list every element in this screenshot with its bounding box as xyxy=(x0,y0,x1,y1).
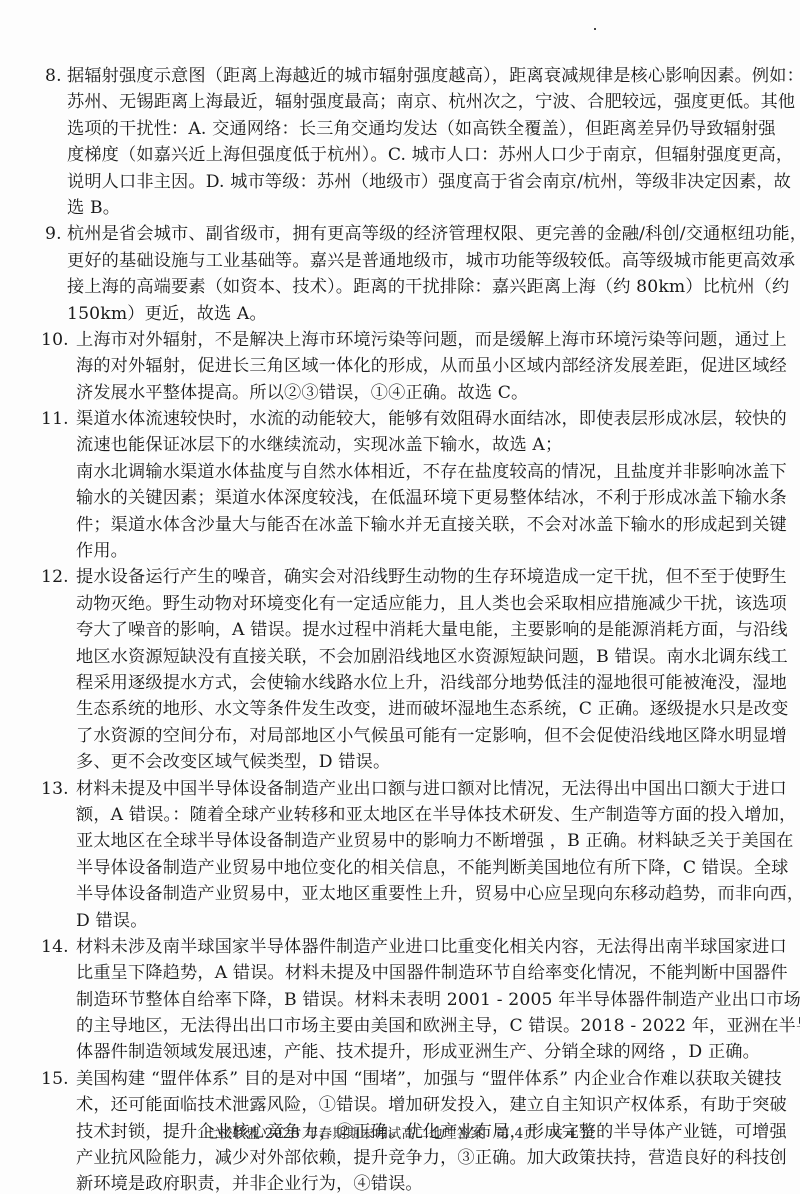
answer-number: 12. xyxy=(41,564,69,590)
answer-text-line: 多、更不会改变区域气候类型，D 错误。 xyxy=(76,749,749,775)
answer-list: 8.据辐射强度示意图（距离上海越近的城市辐射强度越高），距离衰减规律是核心影响因… xyxy=(0,63,800,1194)
answer-text-line: 了水资源的空间分布，对局部地区小气候虽可能有一定影响，但不会促使沿线地区降水明显… xyxy=(76,723,749,749)
answer-number: 15. xyxy=(41,1066,69,1092)
answer-text-line: 新环境是政府职责，并非企业行为，④错误。 xyxy=(76,1171,749,1194)
footer-total-pages: 共 4 页 xyxy=(549,1126,595,1142)
page-footer: 七校联盟 2025 年春期期末考试高二地理答案第 4页共 4 页 xyxy=(0,1122,800,1142)
answer-text-line: 半导体设备制造产业贸易中，亚太地区重要性上升，贸易中心应呈现向东移动趋势，而非向… xyxy=(76,881,749,907)
answer-item-8: 8.据辐射强度示意图（距离上海越近的城市辐射强度越高），距离衰减规律是核心影响因… xyxy=(0,63,800,221)
answer-text-line: 比重呈下降趋势，A 错误。材料未提及中国器件制造环节自给率变化情况，不能判断中国… xyxy=(76,960,749,986)
answer-text-line: 体器件制造领域发展迅速，产能、技术提升，形成亚洲生产、分销全球的网络 ，D 正确… xyxy=(76,1039,749,1065)
answer-text-line: 美国构建 “盟伴体系” 目的是对中国 “围堵”，加强与 “盟伴体系” 内企业合作… xyxy=(76,1066,749,1092)
answer-text-line: 渠道水体流速较快时，水流的动能较大，能够有效阻碍水面结冰，即使表层形成冰层，较快… xyxy=(76,406,749,432)
answer-text-line: 夸大了噪音的影响，A 错误。提水过程中消耗大量电能，主要影响的是能源消耗方面，与… xyxy=(76,617,749,643)
answer-text-line: 半导体设备制造产业贸易中地位变化的相关信息，不能判断美国地位有所下降，C 错误。… xyxy=(76,855,749,881)
answer-item-10: 10.上海市对外辐射，不是解决上海市环境污染等问题，而是缓解上海市环境污染等问题… xyxy=(0,327,800,406)
answer-item-14: 14.材料未涉及南半球国家半导体器件制造产业进口比重变化相关内容，无法得出南半球… xyxy=(0,934,800,1066)
answer-text-line: 术，还可能面临技术泄露风险，①错误。增加研发投入，建立自主知识产权体系，有助于突… xyxy=(76,1092,749,1118)
scan-speck xyxy=(594,28,596,30)
answer-text-line: 上海市对外辐射，不是解决上海市环境污染等问题，而是缓解上海市环境污染等问题，通过… xyxy=(76,327,749,353)
answer-text-line: 额，A 错误。：随着全球产业转移和亚太地区在半导体技术研发、生产制造等方面的投入… xyxy=(76,802,749,828)
answer-text-line: 150km）更近，故选 A。 xyxy=(67,301,749,327)
answer-text-line: 选 B。 xyxy=(67,195,749,221)
answer-text-line: 产业抗风险能力，减少对外部依赖，提升竞争力，③正确。加大政策扶持，营造良好的科技… xyxy=(76,1145,749,1171)
answer-item-13: 13.材料未提及中国半导体设备制造产业出口额与进口额对比情况，无法得出中国出口额… xyxy=(0,776,800,934)
answer-number: 13. xyxy=(41,776,69,802)
answer-text-line: 制造环节整体自给率下降，B 错误。材料未表明 2001 - 2005 年半导体器… xyxy=(76,987,749,1013)
answer-text-line: 亚太地区在全球半导体设备制造产业贸易中的影响力不断增强 ，B 正确。材料缺乏关于… xyxy=(76,828,749,854)
answer-text-line: 材料未提及中国半导体设备制造产业出口额与进口额对比情况，无法得出中国出口额大于进… xyxy=(76,776,749,802)
answer-text-line: 流速也能保证冰层下的水继续流动，实现冰盖下输水，故选 A； xyxy=(76,432,749,458)
answer-text-line: 说明人口非主因。D. 城市等级：苏州（地级市）强度高于省会南京/杭州，等级非决定… xyxy=(67,169,749,195)
answer-text-line: 据辐射强度示意图（距离上海越近的城市辐射强度越高），距离衰减规律是核心影响因素。… xyxy=(67,63,749,89)
answer-sheet-page: 8.据辐射强度示意图（距离上海越近的城市辐射强度越高），距离衰减规律是核心影响因… xyxy=(0,0,800,1194)
answer-text-line: 济发展水平整体提高。所以②③错误，①④正确。故选 C。 xyxy=(76,380,749,406)
answer-text-line: 度梯度（如嘉兴近上海但强度低于杭州）。C. 城市人口：苏州人口少于南京，但辐射强… xyxy=(67,142,749,168)
answer-text-line: 苏州、无锡距离上海最近，辐射强度最高；南京、杭州次之，宁波、合肥较远，强度更低。… xyxy=(67,89,749,115)
answer-number: 9. xyxy=(45,221,62,247)
answer-number: 14. xyxy=(41,934,69,960)
answer-number: 11. xyxy=(41,406,69,432)
answer-text-line: 南水北调输水渠道水体盐度与自然水体相近，不存在盐度较高的情况，且盐度并非影响冰盖… xyxy=(76,459,749,485)
answer-text-line: 接上海的高端要素（如资本、技术）。距离的干扰排除：嘉兴距离上海（约 80km）比… xyxy=(67,274,749,300)
answer-number: 10. xyxy=(41,327,69,353)
answer-item-9: 9.杭州是省会城市、副省级市，拥有更高等级的经济管理权限、更完善的金融/科创/交… xyxy=(0,221,800,327)
answer-text-line: 更好的基础设施与工业基础等。嘉兴是普通地级市，城市功能等级较低。高等级城市能更高… xyxy=(67,248,749,274)
answer-text-line: 海的对外辐射，促进长三角区域一体化的形成，从而虽小区域内部经济发展差距，促进区域… xyxy=(76,353,749,379)
answer-text-line: 的主导地区，无法得出出口市场主要由美国和欧洲主导，C 错误。2018 - 202… xyxy=(76,1013,749,1039)
answer-text-line: 生态系统的地形、水文等条件发生改变，进而破坏湿地生态系统，C 正确。逐级提水只是… xyxy=(76,696,749,722)
answer-item-11: 11.渠道水体流速较快时，水流的动能较大，能够有效阻碍水面结冰，即使表层形成冰层… xyxy=(0,406,800,564)
answer-text-line: 杭州是省会城市、副省级市，拥有更高等级的经济管理权限、更完善的金融/科创/交通枢… xyxy=(67,221,749,247)
answer-item-12: 12.提水设备运行产生的噪音，确实会对沿线野生动物的生存环境造成一定干扰，但不至… xyxy=(0,564,800,775)
answer-text-line: 件；渠道水体含沙量大与能否在冰盖下输水并无直接关联，不会对冰盖下输水的形成起到关… xyxy=(76,512,749,538)
footer-title: 七校联盟 2025 年春期期末考试高二地理答案 xyxy=(205,1126,484,1142)
answer-text-line: 地区水资源短缺没有直接关联，不会加剧沿线地区水资源短缺问题，B 错误。南水北调东… xyxy=(76,644,749,670)
answer-text-line: 作用。 xyxy=(76,538,749,564)
answer-text-line: 程采用逐级提水方式，会使输水线路水位上升，沿线部分地势低洼的湿地很可能被淹没，湿… xyxy=(76,670,749,696)
answer-text-line: 输水的关键因素；渠道水体深度较浅，在低温环境下更易整体结冰，不利于形成冰盖下输水… xyxy=(76,485,749,511)
answer-text-line: 选项的干扰性：A. 交通网络：长三角交通均发达（如高铁全覆盖），但距离差异仍导致… xyxy=(67,116,749,142)
answer-text-line: 动物灭绝。野生动物对环境变化有一定适应能力，且人类也会采取相应措施减少干扰，该选… xyxy=(76,591,749,617)
answer-text-line: 材料未涉及南半球国家半导体器件制造产业进口比重变化相关内容，无法得出南半球国家进… xyxy=(76,934,749,960)
answer-text-line: 提水设备运行产生的噪音，确实会对沿线野生动物的生存环境造成一定干扰，但不至于使野… xyxy=(76,564,749,590)
answer-text-line: D 错误。 xyxy=(76,908,749,934)
footer-page-number: 第 4页 xyxy=(496,1126,537,1142)
answer-number: 8. xyxy=(45,63,62,89)
